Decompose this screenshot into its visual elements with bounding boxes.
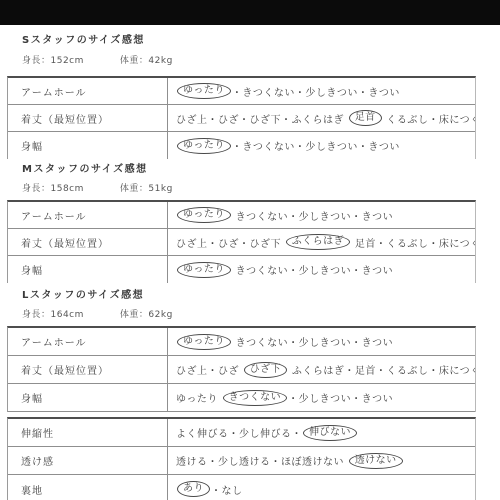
row-label: 身幅 (8, 256, 168, 283)
product-size-info-image: Sスタッフのサイズ感想 身長：152cm体重：42kg アームホール ゆったり・… (0, 0, 500, 500)
selected-option-circle: 足首 (349, 110, 382, 126)
staff-height: 身長：152cm (22, 56, 84, 66)
row-label: 着丈（最短位置） (8, 105, 168, 131)
size-table-m: アームホール ゆったり きつくない・少しきつい・きつい 着丈（最短位置） ひざ上… (7, 200, 476, 283)
selected-option-circle: ゆったり (177, 83, 231, 99)
selected-option-circle: きつくない (223, 390, 288, 406)
section-heading-s-staff: Sスタッフのサイズ感想 (22, 31, 145, 46)
table-row: 着丈（最短位置） ひざ上・ひざ・ひざ下 ふくらはぎ 足首・くるぶし・床につく (8, 229, 475, 256)
options-before: ゆったり (176, 390, 222, 405)
row-options: 透ける・少し透ける・ほぼ透けない 透けない (168, 447, 475, 474)
staff-weight: 体重：62kg (120, 310, 173, 320)
size-table-s: アームホール ゆったり・きつくない・少しきつい・きつい 着丈（最短位置） ひざ上… (7, 76, 476, 159)
row-label: アームホール (8, 328, 168, 355)
options-before: ひざ上・ひざ・ひざ下・ふくらはぎ (176, 111, 348, 126)
table-row: 裏地 あり・なし (8, 475, 475, 500)
staff-stats-l: 身長：164cm体重：62kg (22, 307, 173, 320)
selected-option-circle: ゆったり (177, 207, 231, 223)
row-label: 裏地 (8, 475, 168, 500)
options-after: くるぶし・床につく (383, 111, 475, 126)
size-table-l: アームホール ゆったり きつくない・少しきつい・きつい 着丈（最短位置） ひざ上… (7, 326, 476, 412)
row-label: アームホール (8, 202, 168, 228)
row-options: あり・なし (168, 475, 475, 500)
options-after: きつくない・少しきつい・きつい (232, 334, 393, 349)
options-after: きつくない・少しきつい・きつい (232, 208, 393, 223)
options-after: ・なし (211, 482, 243, 497)
options-after: ふくらはぎ・足首・くるぶし・床につく (288, 362, 475, 377)
options-after: ・きつくない・少しきつい・きつい (232, 138, 400, 153)
table-row: アームホール ゆったり きつくない・少しきつい・きつい (8, 202, 475, 229)
row-options: よく伸びる・少し伸びる・伸びない (168, 419, 475, 446)
table-row: 身幅 ゆったり きつくない・少しきつい・きつい (8, 384, 475, 412)
table-row: アームホール ゆったり きつくない・少しきつい・きつい (8, 328, 475, 356)
selected-option-circle: ゆったり (177, 138, 231, 154)
row-label: アームホール (8, 78, 168, 104)
selected-option-circle: ひざ下 (244, 362, 288, 378)
staff-stats-s: 身長：152cm体重：42kg (22, 53, 173, 66)
options-before: ひざ上・ひざ (176, 362, 243, 377)
table-row: 着丈（最短位置） ひざ上・ひざ・ひざ下・ふくらはぎ 足首 くるぶし・床につく (8, 105, 475, 132)
selected-option-circle: 伸びない (303, 425, 357, 441)
options-after: 足首・くるぶし・床につく (351, 235, 475, 250)
options-after: ・きつくない・少しきつい・きつい (232, 84, 400, 99)
options-before: ひざ上・ひざ・ひざ下 (176, 235, 285, 250)
section-heading-m-staff: Mスタッフのサイズ感想 (22, 160, 148, 175)
row-options: ゆったり・きつくない・少しきつい・きつい (168, 132, 475, 159)
selected-option-circle: ふくらはぎ (286, 234, 351, 250)
options-after: きつくない・少しきつい・きつい (232, 262, 393, 277)
table-row: 着丈（最短位置） ひざ上・ひざ ひざ下 ふくらはぎ・足首・くるぶし・床につく (8, 356, 475, 384)
row-options: ひざ上・ひざ・ひざ下・ふくらはぎ 足首 くるぶし・床につく (168, 105, 475, 131)
row-options: ひざ上・ひざ・ひざ下 ふくらはぎ 足首・くるぶし・床につく (168, 229, 475, 255)
table-row: 身幅 ゆったり きつくない・少しきつい・きつい (8, 256, 475, 283)
staff-height: 身長：164cm (22, 310, 84, 320)
row-options: ゆったり きつくない・少しきつい・きつい (168, 384, 475, 411)
row-label: 着丈（最短位置） (8, 356, 168, 383)
table-row: 透け感 透ける・少し透ける・ほぼ透けない 透けない (8, 447, 475, 475)
staff-height: 身長：158cm (22, 184, 84, 194)
row-options: ゆったり きつくない・少しきつい・きつい (168, 202, 475, 228)
row-options: ゆったり・きつくない・少しきつい・きつい (168, 78, 475, 104)
letterbox-top-bar (0, 0, 500, 25)
table-row: 身幅 ゆったり・きつくない・少しきつい・きつい (8, 132, 475, 159)
selected-option-circle: 透けない (349, 453, 403, 469)
row-options: ゆったり きつくない・少しきつい・きつい (168, 256, 475, 283)
row-options: ひざ上・ひざ ひざ下 ふくらはぎ・足首・くるぶし・床につく (168, 356, 475, 383)
staff-weight: 体重：51kg (120, 184, 173, 194)
row-label: 身幅 (8, 132, 168, 159)
table-row: 伸縮性 よく伸びる・少し伸びる・伸びない (8, 419, 475, 447)
table-row: アームホール ゆったり・きつくない・少しきつい・きつい (8, 78, 475, 105)
options-after: ・少しきつい・きつい (288, 390, 393, 405)
selected-option-circle: ゆったり (177, 262, 231, 278)
fabric-spec-table: 伸縮性 よく伸びる・少し伸びる・伸びない 透け感 透ける・少し透ける・ほぼ透けな… (7, 417, 476, 500)
section-heading-l-staff: Lスタッフのサイズ感想 (22, 286, 144, 301)
options-before: よく伸びる・少し伸びる・ (176, 425, 302, 440)
row-options: ゆったり きつくない・少しきつい・きつい (168, 328, 475, 355)
row-label: 着丈（最短位置） (8, 229, 168, 255)
staff-weight: 体重：42kg (120, 56, 173, 66)
options-before: 透ける・少し透ける・ほぼ透けない (176, 453, 348, 468)
row-label: 伸縮性 (8, 419, 168, 446)
selected-option-circle: ゆったり (177, 334, 231, 350)
staff-stats-m: 身長：158cm体重：51kg (22, 181, 173, 194)
row-label: 透け感 (8, 447, 168, 474)
row-label: 身幅 (8, 384, 168, 411)
selected-option-circle: あり (177, 481, 210, 497)
